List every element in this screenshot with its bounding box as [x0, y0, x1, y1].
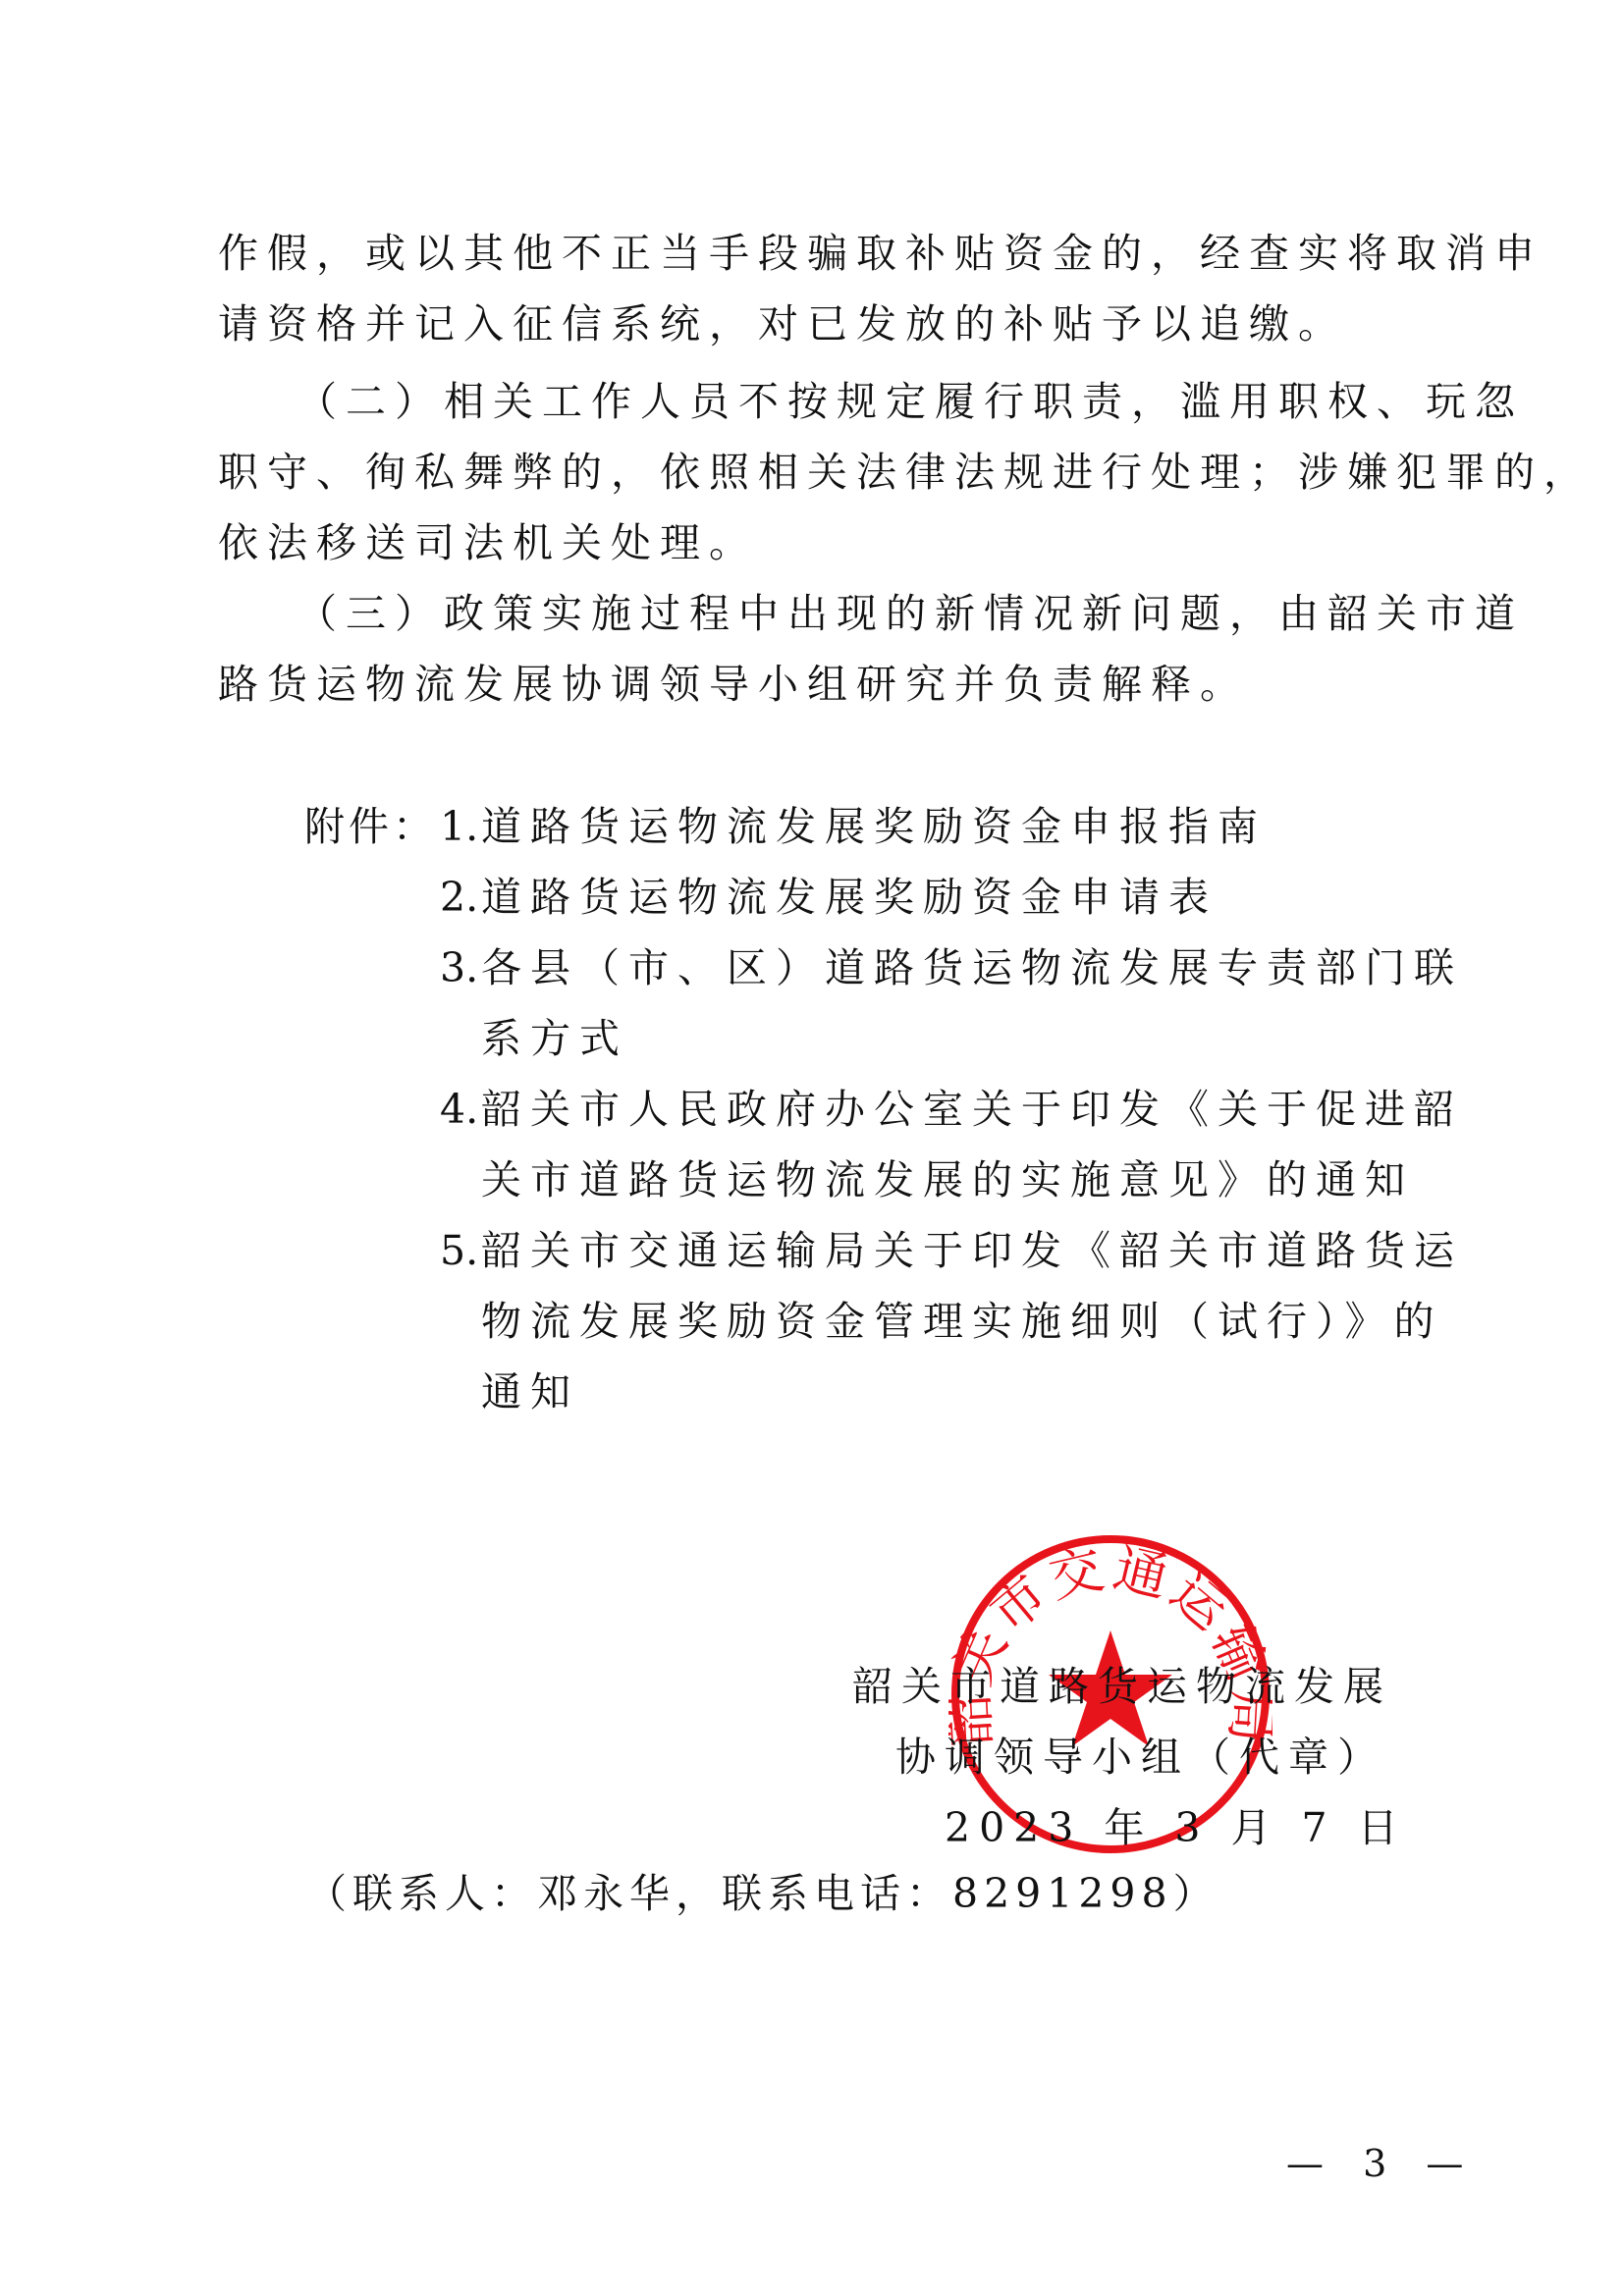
attachment-text: 道路货运物流发展奖励资金申报指南	[481, 807, 1267, 847]
signature-date: 2023 年 3 月 7 日	[945, 1808, 1407, 1848]
document-page: 作假，或以其他不正当手段骗取补贴资金的，经查实将取消申 请资格并记入征信系统，对…	[0, 0, 1624, 2296]
attachment-text: 韶关市人民政府办公室关于印发《关于促进韶	[481, 1090, 1463, 1130]
attachment-text: 物流发展奖励资金管理实施细则（试行）》的	[481, 1302, 1443, 1342]
attachment-number: 5.	[440, 1231, 478, 1271]
attachments-label: 附件：	[304, 807, 437, 847]
attachment-number: 4.	[440, 1090, 478, 1130]
attachment-text: 各县（市、区）道路货运物流发展专责部门联	[481, 948, 1463, 988]
attachment-number: 1.	[440, 807, 478, 847]
page-number: — 3 —	[1286, 2142, 1477, 2185]
signature-org-line-2: 协调领导小组（代章）	[895, 1737, 1386, 1778]
signature-org-line-1: 韶关市道路货运物流发展	[852, 1667, 1392, 1707]
text-line: 请资格并记入征信系统，对已发放的补贴予以追缴。	[218, 304, 1347, 345]
attachment-number: 3.	[440, 948, 478, 988]
attachment-text: 韶关市交通运输局关于印发《韶关市道路货运	[481, 1231, 1463, 1271]
text-line: 依法移送司法机关处理。	[218, 523, 758, 563]
attachment-text: 系方式	[481, 1019, 628, 1059]
contact-info: （联系人：邓永华，联系电话：8291298）	[306, 1874, 1219, 1914]
attachment-number: 2.	[440, 878, 478, 918]
text-line: 路货运物流发展协调领导小组研究并负责解释。	[218, 665, 1249, 705]
attachment-text: 关市道路货运物流发展的实施意见》的通知	[481, 1160, 1414, 1201]
text-line: 职守、徇私舞弊的，依照相关法律法规进行处理；涉嫌犯罪的，	[218, 453, 1593, 493]
seal-text: 韶关市交通运输局	[948, 1537, 1272, 1749]
text-line: 作假，或以其他不正当手段骗取补贴资金的，经查实将取消申	[218, 234, 1543, 274]
text-line: （三）政策实施过程中出现的新情况新问题，由韶关市道	[297, 594, 1524, 634]
text-line: （二）相关工作人员不按规定履行职责，滥用职权、玩忽	[297, 382, 1524, 422]
attachment-text: 通知	[481, 1372, 579, 1413]
attachment-text: 道路货运物流发展奖励资金申请表	[481, 878, 1218, 918]
